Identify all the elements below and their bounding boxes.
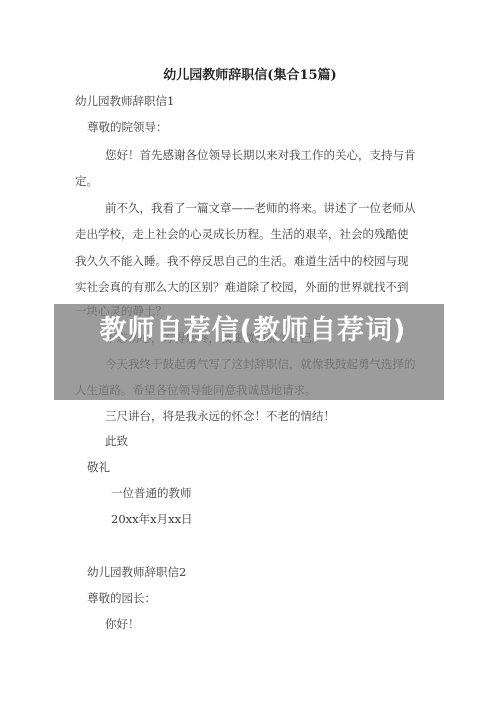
letter2-greeting: 你好！ <box>105 617 140 631</box>
letter1-closing-cizhi: 此致 <box>105 434 128 448</box>
document-title: 幼儿园教师辞职信(集合15篇) <box>0 64 500 83</box>
letter2-heading: 幼儿园教师辞职信2 <box>87 565 186 579</box>
letter1-closing-jingli: 敬礼 <box>87 460 110 474</box>
letter1-paragraph2-line1: 前不久，我看了一篇文章——老师的将来。讲述了一位老师从 <box>105 201 416 215</box>
letter1-date: 20xx年x月xx日 <box>111 512 193 526</box>
letter1-paragraph2-line2: 走出学校，走上社会的心灵成长历程。生活的艰辛，社会的残酷使 <box>75 227 409 241</box>
letter1-paragraph5-line1: 三尺讲台，将是我永远的怀念！不老的情结！ <box>105 409 335 423</box>
overlay-title: 教师自荐信(教师自荐词) <box>68 313 438 349</box>
letter1-paragraph2-line4: 实社会真的有那么大的区别？难道除了校园，外面的世界就找不到 <box>75 280 409 294</box>
letter1-paragraph1-line1: 您好！首先感谢各位领导长期以来对我工作的关心，支持与肯 <box>105 148 416 162</box>
letter1-salutation: 尊敬的院领导： <box>87 120 168 134</box>
letter1-heading: 幼儿园教师辞职信1 <box>75 94 174 108</box>
letter2-salutation: 尊敬的园长： <box>87 591 156 605</box>
letter1-paragraph1-line2: 定。 <box>75 174 98 188</box>
letter1-signature: 一位普通的教师 <box>111 486 192 500</box>
letter1-paragraph2-line3: 我久久不能入睡。我不停反思自己的生活。难道生活中的校园与现 <box>75 254 409 268</box>
